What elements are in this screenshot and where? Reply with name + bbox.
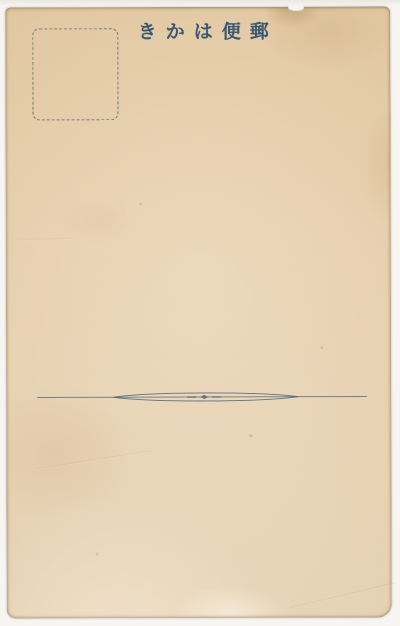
divider-rule-graphic xyxy=(37,391,367,404)
postcard-header-text: きかは便郵 xyxy=(5,19,390,44)
paper-crease xyxy=(16,238,74,241)
decorative-divider xyxy=(37,391,367,404)
edge-notch xyxy=(288,5,304,12)
paper-crease xyxy=(290,582,396,609)
scan-background: きかは便郵 xyxy=(0,0,400,626)
paper-crease xyxy=(35,450,152,471)
postcard: きかは便郵 xyxy=(5,6,392,618)
divider-center-ornament xyxy=(187,395,221,399)
